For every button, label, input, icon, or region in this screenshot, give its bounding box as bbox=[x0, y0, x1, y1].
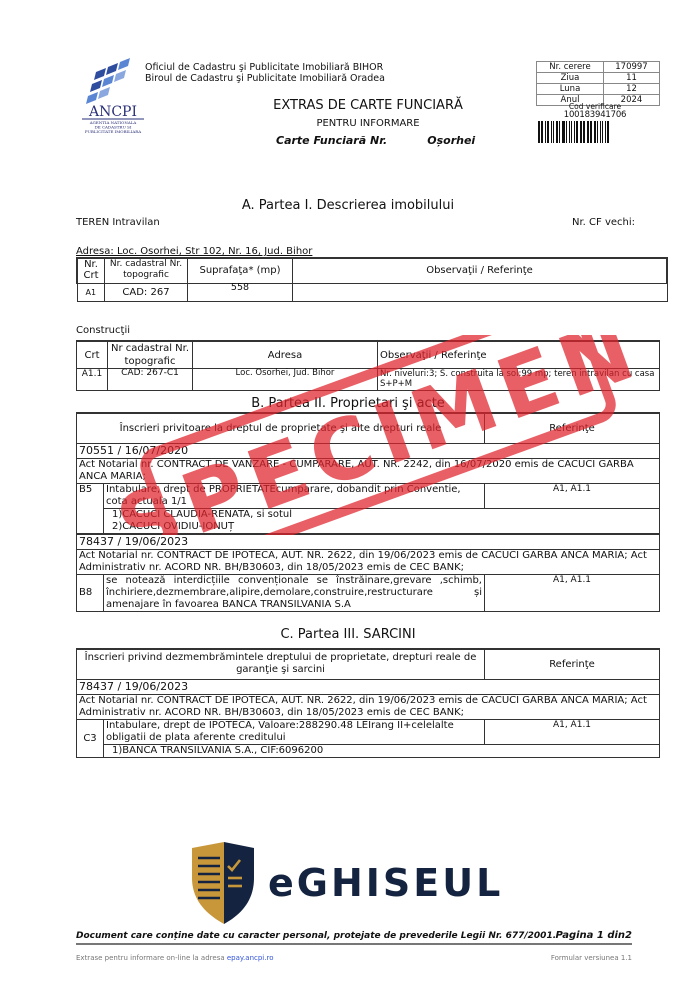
ownership-table: Înscrieri privitoare la dreptul de propr… bbox=[76, 412, 660, 612]
cf-locality: Oșorhei bbox=[427, 134, 475, 147]
entry-text: Intabulare, drept de PROPRIETATEcumparar… bbox=[104, 483, 485, 508]
land-type: TEREN Intravilan bbox=[76, 217, 160, 229]
verification-code-value: 100183941706 bbox=[536, 111, 654, 120]
th-crt: Crt bbox=[77, 341, 108, 369]
constructii-table: Crt Nr cadastral Nr. topografic Adresa O… bbox=[76, 340, 660, 391]
section-a-title: A. Partea I. Descrierea imobilului bbox=[0, 198, 696, 214]
carte-funciara-line: Carte Funciară Nr.Oșorhei bbox=[276, 134, 475, 148]
entry-number: 78437 / 19/06/2023 bbox=[77, 534, 660, 550]
logo-text: ANCPI bbox=[88, 104, 137, 120]
brand-text: eGHISEUL bbox=[268, 861, 503, 905]
footer-notice: Document care conține date cu caracter p… bbox=[76, 930, 632, 945]
constructii-label: Construcţii bbox=[76, 325, 130, 337]
entry-act: Act Notarial nr. CONTRACT DE VANZARE - C… bbox=[77, 458, 660, 483]
meta-value: 11 bbox=[604, 73, 660, 84]
entry-refs: A1, A1.1 bbox=[485, 574, 660, 611]
office-line-1: Oficiul de Cadastru şi Publicitate Imobi… bbox=[145, 62, 385, 73]
entry-code: B8 bbox=[77, 574, 104, 611]
th-nr-cadastral: Nr. cadastral Nr. topografic bbox=[105, 258, 188, 283]
cell-observatii: Nr. niveluri:3; S. construita la sol:99 … bbox=[378, 369, 660, 391]
th-nr-cadastral: Nr cadastral Nr. topografic bbox=[108, 341, 193, 369]
cell-cad: CAD: 267-C1 bbox=[108, 369, 193, 391]
person: 1)CACUCI CLAUDIA-RENATA, si sotul bbox=[112, 509, 657, 521]
th-inscrieri: Înscrieri privitoare la dreptul de propr… bbox=[77, 413, 485, 443]
encumbrances-table: Înscrieri privind dezmembrămintele drept… bbox=[76, 648, 660, 758]
eghiseul-logo: eGHISEUL bbox=[188, 842, 508, 924]
request-meta-table: Nr. cerere170997 Ziua11 Luna12 Anul2024 bbox=[536, 61, 660, 106]
person: 2)CACUCI OVIDIU-IONUȚ bbox=[112, 521, 657, 533]
page-number: Pagina 1 din2 bbox=[556, 930, 632, 942]
entry-persons: 1)BANCA TRANSILVANIA S.A., CIF:6096200 bbox=[104, 744, 660, 757]
document-subtitle: PENTRU INFORMARE bbox=[240, 118, 496, 130]
property-table: Nr. Crt Nr. cadastral Nr. topografic Sup… bbox=[76, 257, 668, 302]
cell-adresa: Loc. Osorhei, Jud. Bihor bbox=[193, 369, 378, 391]
meta-label: Luna bbox=[537, 84, 604, 95]
online-prefix: Extrase pentru informare on-line la adre… bbox=[76, 954, 227, 962]
th-referinte: Referinţe bbox=[485, 413, 660, 443]
ancpi-logo: ANCPI AGENTIA NATIONALA DE CADASTRU SI P… bbox=[78, 58, 148, 134]
svg-text:PUBLICITATE IMOBILIARA: PUBLICITATE IMOBILIARA bbox=[85, 129, 141, 134]
entry-text: Intabulare, drept de IPOTECA, Valoare:28… bbox=[104, 719, 485, 744]
verification-code: Cod verificare 100183941706 bbox=[536, 103, 654, 120]
th-observatii: Observaţii / Referinţe bbox=[293, 258, 668, 283]
entry-code: C3 bbox=[77, 719, 104, 757]
cf-label: Carte Funciară Nr. bbox=[276, 134, 387, 147]
th-inscrieri: Înscrieri privind dezmembrămintele drept… bbox=[77, 649, 485, 679]
meta-value: 12 bbox=[604, 84, 660, 95]
entry-number: 70551 / 16/07/2020 bbox=[77, 443, 660, 458]
entry-number: 78437 / 19/06/2023 bbox=[77, 679, 660, 694]
footer-info: Extrase pentru informare on-line la adre… bbox=[76, 954, 632, 963]
office-info: Oficiul de Cadastru şi Publicitate Imobi… bbox=[145, 62, 385, 84]
cf-vechi: Nr. CF vechi: bbox=[572, 217, 635, 229]
th-observatii: Observaţii / Referinţe bbox=[378, 341, 660, 369]
cell-crt: A1 bbox=[77, 283, 105, 301]
section-c-title: C. Partea III. SARCINI bbox=[0, 627, 696, 643]
entry-persons: 1)CACUCI CLAUDIA-RENATA, si sotul 2)CACU… bbox=[104, 508, 660, 534]
meta-label: Ziua bbox=[537, 73, 604, 84]
th-referinte: Referinţe bbox=[485, 649, 660, 679]
th-nr-crt: Nr. Crt bbox=[77, 258, 105, 283]
entry-refs: A1, A1.1 bbox=[485, 483, 660, 508]
privacy-notice: Document care conține date cu caracter p… bbox=[76, 931, 556, 941]
entry-refs: A1, A1.1 bbox=[485, 719, 660, 744]
entry-code: B5 bbox=[77, 483, 104, 534]
cell-crt: A1.1 bbox=[77, 369, 108, 391]
th-adresa: Adresa bbox=[193, 341, 378, 369]
entry-text: se notează interdicțiile convenționale s… bbox=[104, 574, 485, 611]
th-suprafata: Suprafaţa* (mp) bbox=[188, 258, 293, 283]
cell-cad: CAD: 267 bbox=[105, 283, 188, 301]
barcode bbox=[538, 121, 652, 143]
office-line-2: Biroul de Cadastru şi Publicitate Imobil… bbox=[145, 73, 385, 84]
person: 1)BANCA TRANSILVANIA S.A., CIF:6096200 bbox=[112, 745, 657, 757]
meta-value: 170997 bbox=[604, 62, 660, 73]
cell-suprafata: 558 bbox=[188, 283, 293, 301]
meta-label: Nr. cerere bbox=[537, 62, 604, 73]
epay-link[interactable]: epay.ancpi.ro bbox=[227, 954, 274, 962]
form-version: Formular versiunea 1.1 bbox=[551, 954, 632, 963]
document-title: EXTRAS DE CARTE FUNCIARĂ bbox=[240, 98, 496, 114]
entry-act: Act Notarial nr. CONTRACT DE IPOTECA, AU… bbox=[77, 549, 660, 574]
entry-act: Act Notarial nr. CONTRACT DE IPOTECA, AU… bbox=[77, 694, 660, 719]
section-b-title: B. Partea II. Proprietari şi acte bbox=[0, 396, 696, 412]
cell-observatii bbox=[293, 283, 668, 301]
